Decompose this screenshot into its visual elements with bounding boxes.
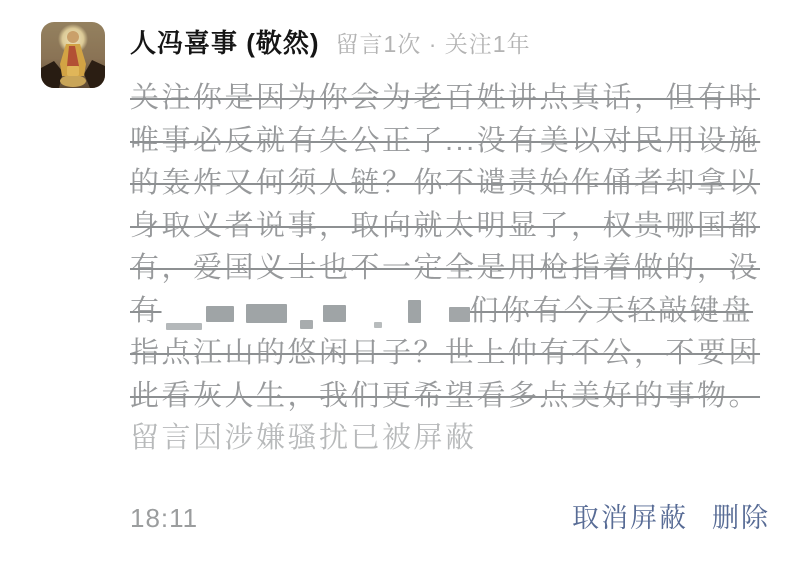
redacted-block [166, 323, 202, 330]
blocked-status-text: 留言因涉嫌骚扰已被屏蔽 [130, 417, 772, 460]
comment-text: 关注你是因为你会为老百姓讲点真话，但有时唯事必反就有失公正了...没有美以对民用… [130, 77, 772, 460]
redacted-block [449, 307, 470, 322]
comment-line: 此看灰人生，我们更希望看多点美好的事物。 [130, 375, 772, 418]
comment-line: 唯事必反就有失公正了...没有美以对民用设施 [130, 120, 772, 163]
name-row: 人冯喜事 (敬然) 留言1次 · 关注1年 [130, 24, 772, 63]
buddha-statue-image [41, 22, 105, 88]
comment-line: 有，爱国义士也不一定全是用枪指着做的，没 [130, 247, 772, 290]
comment-line: 指点江山的悠闲日子？世上仲有不公，不要因 [130, 332, 772, 375]
redacted-block [206, 306, 234, 322]
comment-line: 身取义者说事，取向就太明显了，权贵哪国都 [130, 205, 772, 248]
action-links: 取消屏蔽 删除 [572, 496, 770, 535]
comment-line: 有们你有今天轻敲键盘 [130, 290, 772, 333]
delete-button[interactable]: 删除 [712, 496, 770, 535]
redacted-block [408, 300, 421, 323]
comment-card: 人冯喜事 (敬然) 留言1次 · 关注1年 关注你是因为你会为老百姓讲点真话，但… [0, 0, 800, 572]
comment-content: 人冯喜事 (敬然) 留言1次 · 关注1年 关注你是因为你会为老百姓讲点真话，但… [130, 24, 772, 460]
redacted-block [246, 304, 287, 323]
redacted-block [374, 322, 382, 328]
user-meta: 留言1次 · 关注1年 [336, 25, 531, 63]
comment-line: 的轰炸又何须人链？你不谴责始作俑者却拿以 [130, 162, 772, 205]
redacted-block [300, 320, 313, 329]
redacted-block [323, 305, 346, 322]
timestamp: 18:11 [130, 503, 198, 534]
comment-line: 关注你是因为你会为老百姓讲点真话，但有时 [130, 77, 772, 120]
avatar[interactable] [41, 22, 105, 88]
unblock-button[interactable]: 取消屏蔽 [572, 496, 688, 535]
comment-footer: 18:11 取消屏蔽 删除 [130, 496, 770, 535]
username: 人冯喜事 (敬然) [130, 24, 320, 62]
